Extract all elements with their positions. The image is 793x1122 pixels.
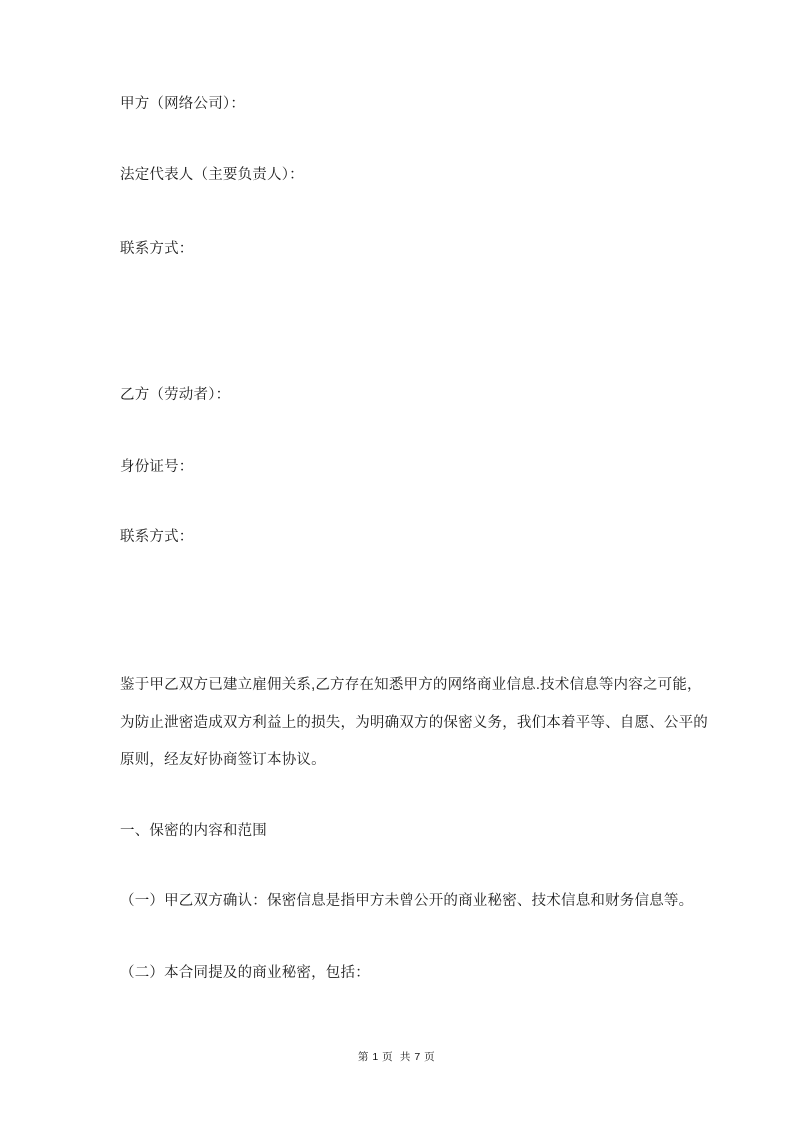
party-a-name-label: 甲方（网络公司）： — [120, 97, 245, 112]
section-1-item-2: （二）本合同提及的商业秘密，包括： — [120, 966, 370, 981]
party-b-contact-label: 联系方式： — [120, 530, 194, 545]
party-b-id-label: 身份证号： — [120, 460, 194, 475]
page-number-footer: 第 1 页 共 7 页 — [0, 1052, 793, 1063]
section-1-heading: 一、保密的内容和范围 — [120, 824, 267, 839]
party-b-name-label: 乙方（劳动者）： — [120, 388, 230, 403]
section-1-item-1: （一）甲乙双方确认：保密信息是指甲方未曾公开的商业秘密、技术信息和财务信息等。 — [120, 894, 693, 909]
intro-paragraph: 鉴于甲乙双方已建立雇佣关系,乙方存在知悉甲方的网络商业信息.技术信息等内容之可能… — [120, 667, 720, 780]
intro-paragraph-line-3: 原则，经友好协商签订本协议。 — [120, 742, 720, 780]
intro-paragraph-line-1: 鉴于甲乙双方已建立雇佣关系,乙方存在知悉甲方的网络商业信息.技术信息等内容之可能… — [120, 667, 720, 705]
party-a-contact-label: 联系方式： — [120, 242, 194, 257]
party-a-legal-rep-label: 法定代表人（主要负责人）： — [120, 168, 304, 183]
intro-paragraph-line-2: 为防止泄密造成双方利益上的损失，为明确双方的保密义务，我们本着平等、自愿、公平的 — [120, 705, 720, 743]
document-page: 甲方（网络公司）： 法定代表人（主要负责人）： 联系方式： 乙方（劳动者）： 身… — [0, 0, 793, 1122]
